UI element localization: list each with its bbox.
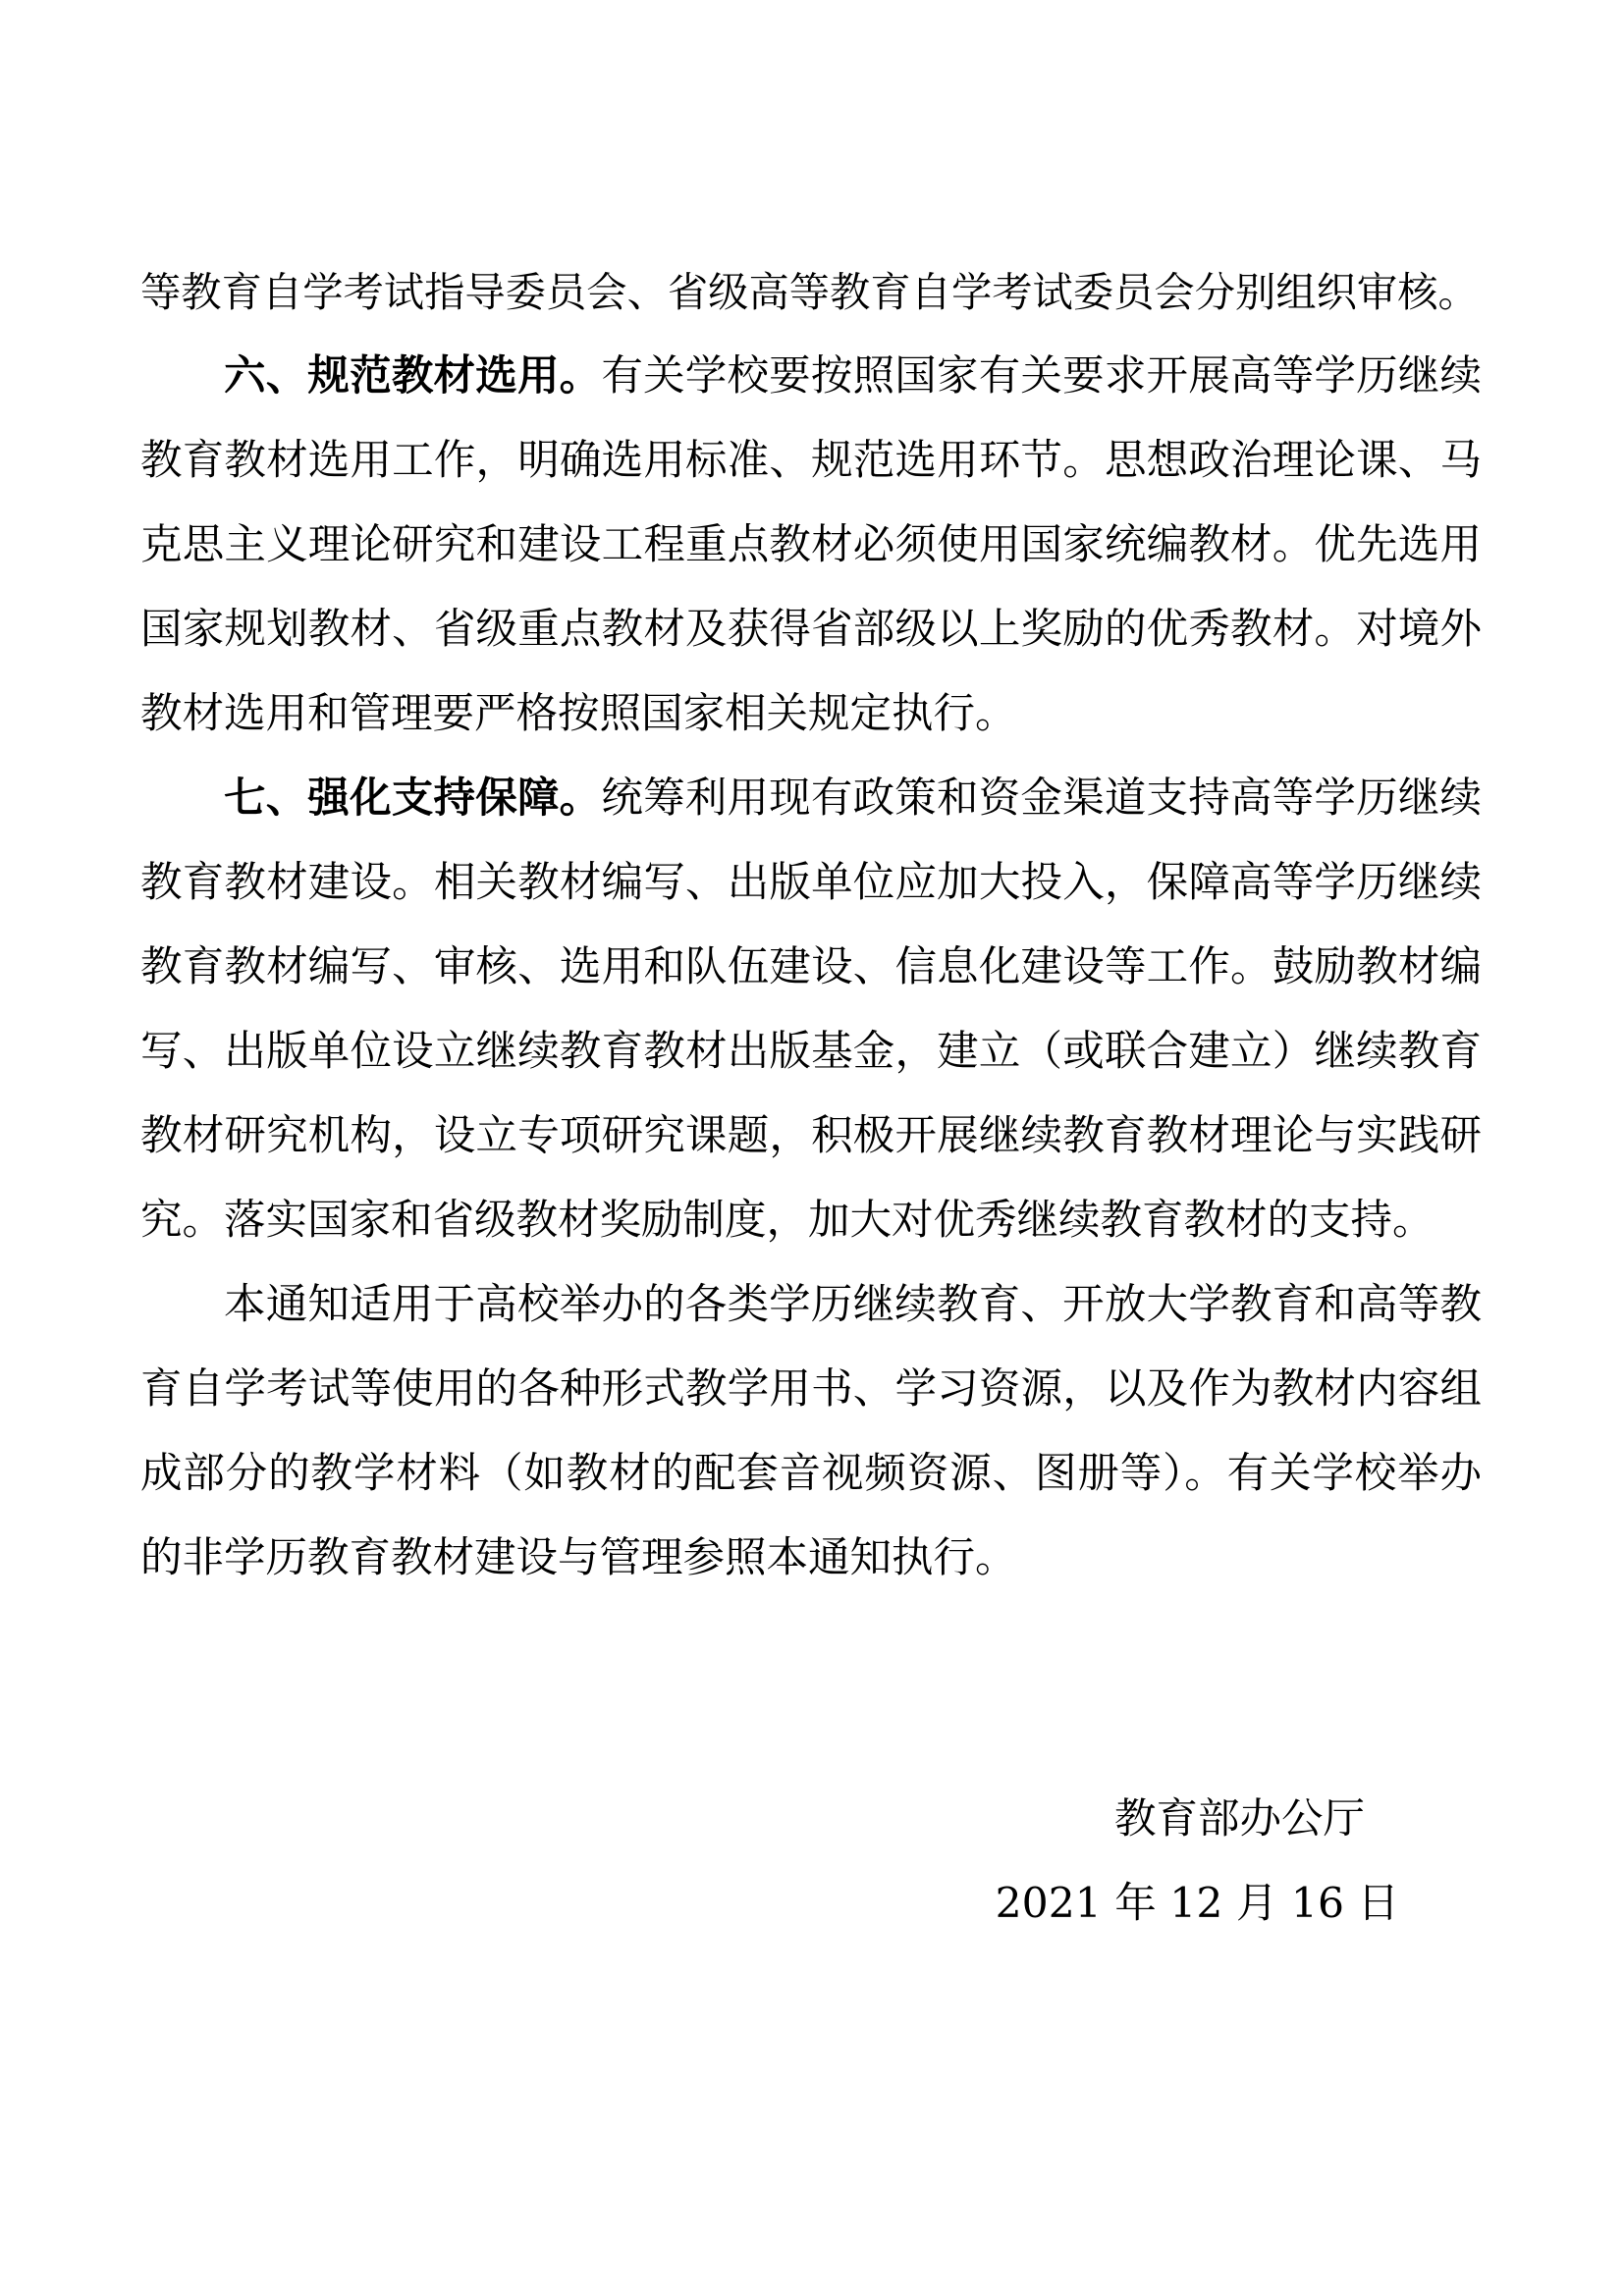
section-7-paragraph: 七、强化支持保障。统筹利用现有政策和资金渠道支持高等学历继续教育教材建设。相关教… (140, 757, 1482, 1263)
section-6-heading: 六、规范教材选用。 (224, 352, 601, 400)
document-page: 等教育自学考试指导委员会、省级高等教育自学考试委员会分别组织审核。 六、规范教材… (0, 0, 1624, 2296)
section-7-body: 统筹利用现有政策和资金渠道支持高等学历继续教育教材建设。相关教材编写、出版单位应… (140, 774, 1482, 1245)
continuation-line: 等教育自学考试指导委员会、省级高等教育自学考试委员会分别组织审核。 (140, 250, 1482, 335)
section-6-paragraph: 六、规范教材选用。有关学校要按照国家有关要求开展高等学历继续教育教材选用工作，明… (140, 335, 1482, 757)
section-7-heading: 七、强化支持保障。 (224, 774, 601, 823)
closing-paragraph: 本通知适用于高校举办的各类学历继续教育、开放大学教育和高等教育自学考试等使用的各… (140, 1263, 1482, 1601)
signature-date: 2021 年 12 月 16 日 (140, 1862, 1482, 1947)
signature-block: 教育部办公厅 2021 年 12 月 16 日 (140, 1778, 1482, 1947)
section-6-body: 有关学校要按照国家有关要求开展高等学历继续教育教材选用工作，明确选用标准、规范选… (140, 352, 1482, 738)
signature-issuer: 教育部办公厅 (140, 1778, 1482, 1862)
